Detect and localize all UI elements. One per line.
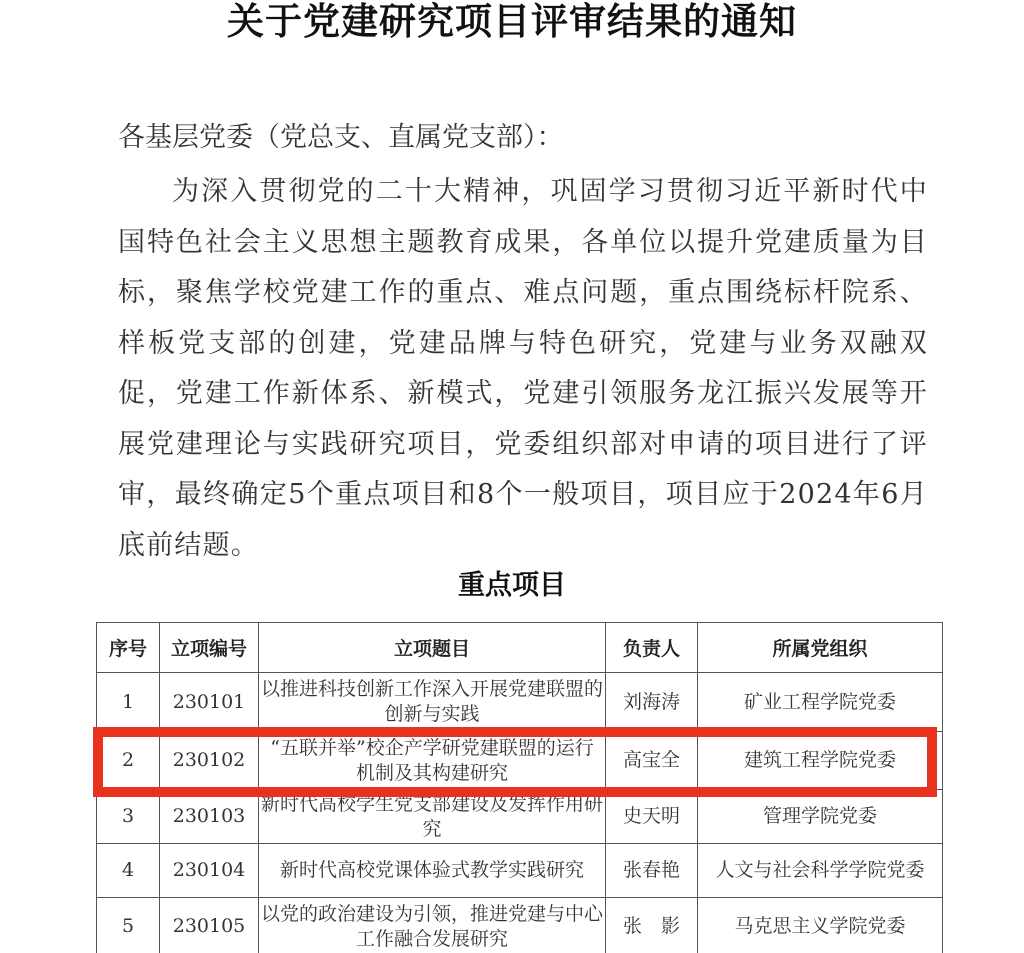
table-header-row: 序号 立项编号 立项题目 负责人 所属党组织 bbox=[97, 623, 943, 673]
cell-org: 马克思主义学院党委 bbox=[698, 898, 943, 953]
table-row: 2 230102 “五联并举”校企产学研党建联盟的运行机制及其构建研究 高宝全 … bbox=[97, 732, 943, 790]
cell-title: “五联并举”校企产学研党建联盟的运行机制及其构建研究 bbox=[259, 732, 606, 790]
cell-title: 以党的政治建设为引领，推进党建与中心工作融合发展研究 bbox=[259, 898, 606, 953]
header-lead: 负责人 bbox=[606, 623, 698, 673]
table-row: 4 230104 新时代高校党课体验式教学实践研究 张春艳 人文与社会科学学院党… bbox=[97, 844, 943, 898]
projects-table: 序号 立项编号 立项题目 负责人 所属党组织 1 230101 以推进科技创新工… bbox=[96, 622, 943, 953]
cell-code: 230102 bbox=[160, 732, 259, 790]
section-title: 重点项目 bbox=[0, 566, 1024, 606]
cell-lead: 高宝全 bbox=[606, 732, 698, 790]
cell-seq: 2 bbox=[97, 732, 160, 790]
cell-seq: 4 bbox=[97, 844, 160, 898]
header-title: 立项题目 bbox=[259, 623, 606, 673]
cell-lead: 史天明 bbox=[606, 790, 698, 844]
cell-org: 管理学院党委 bbox=[698, 790, 943, 844]
cell-code: 230105 bbox=[160, 898, 259, 953]
cell-title: 以推进科技创新工作深入开展党建联盟的创新与实践 bbox=[259, 673, 606, 732]
cell-org: 建筑工程学院党委 bbox=[698, 732, 943, 790]
cell-title: 新时代高校学生党支部建设及发挥作用研究 bbox=[259, 790, 606, 844]
table-row: 5 230105 以党的政治建设为引领，推进党建与中心工作融合发展研究 张 影 … bbox=[97, 898, 943, 953]
cell-code: 230104 bbox=[160, 844, 259, 898]
body-paragraph: 为深入贯彻党的二十大精神，巩固学习贯彻习近平新时代中国特色社会主义思想主题教育成… bbox=[118, 167, 928, 571]
cell-org: 人文与社会科学学院党委 bbox=[698, 844, 943, 898]
document-title: 关于党建研究项目评审结果的通知 bbox=[0, 0, 1024, 44]
cell-code: 230103 bbox=[160, 790, 259, 844]
table-row: 3 230103 新时代高校学生党支部建设及发挥作用研究 史天明 管理学院党委 bbox=[97, 790, 943, 844]
header-code: 立项编号 bbox=[160, 623, 259, 673]
cell-seq: 5 bbox=[97, 898, 160, 953]
cell-code: 230101 bbox=[160, 673, 259, 732]
cell-lead: 刘海涛 bbox=[606, 673, 698, 732]
salutation: 各基层党委（党总支、直属党支部）： bbox=[118, 118, 564, 158]
cell-org: 矿业工程学院党委 bbox=[698, 673, 943, 732]
table-row: 1 230101 以推进科技创新工作深入开展党建联盟的创新与实践 刘海涛 矿业工… bbox=[97, 673, 943, 732]
header-org: 所属党组织 bbox=[698, 623, 943, 673]
cell-title: 新时代高校党课体验式教学实践研究 bbox=[259, 844, 606, 898]
cell-seq: 3 bbox=[97, 790, 160, 844]
cell-seq: 1 bbox=[97, 673, 160, 732]
cell-lead: 张春艳 bbox=[606, 844, 698, 898]
cell-lead: 张 影 bbox=[606, 898, 698, 953]
header-seq: 序号 bbox=[97, 623, 160, 673]
